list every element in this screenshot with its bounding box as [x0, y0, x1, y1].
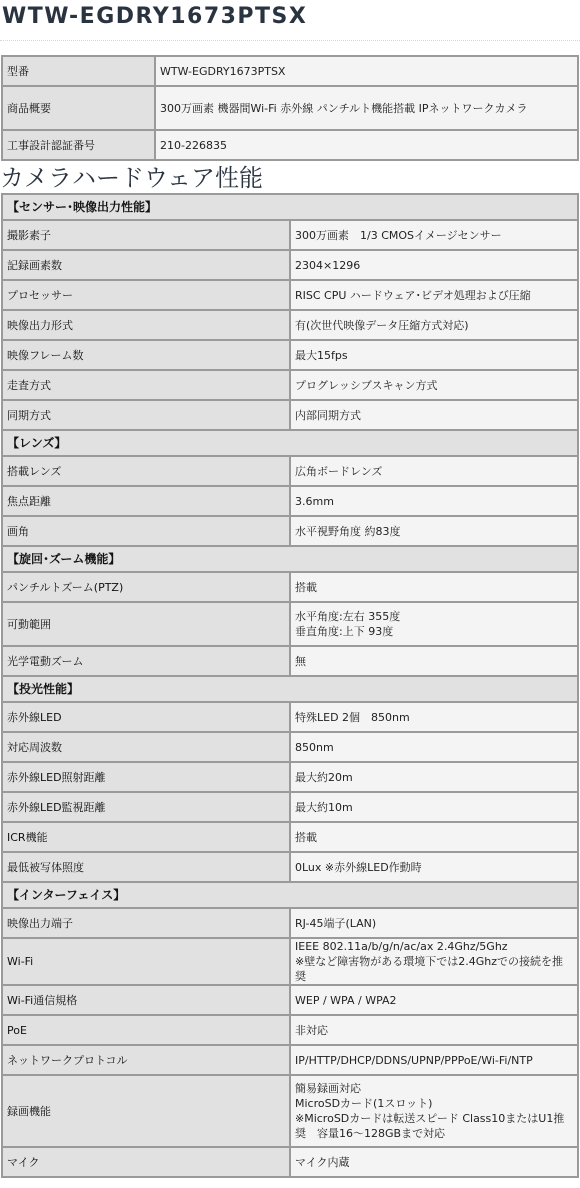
table-row: 焦点距離3.6mm [2, 486, 578, 516]
section-title: 【旋回･ズーム機能】 [2, 546, 578, 572]
row-label: 映像フレーム数 [2, 340, 290, 370]
table-row: Wi-Fi通信規格WEP / WPA / WPA2 [2, 985, 578, 1015]
table-row: 映像出力端子RJ-45端子(LAN) [2, 908, 578, 938]
row-value: プログレッシブスキャン方式 [290, 370, 578, 400]
row-value: 内部同期方式 [290, 400, 578, 430]
section-title: 【レンズ】 [2, 430, 578, 456]
row-value: 搭載 [290, 822, 578, 852]
basic-info-table: 型番 WTW-EGDRY1673PTSX 商品概要 300万画素 機器間Wi-F… [1, 55, 579, 161]
table-row: Wi-FiIEEE 802.11a/b/g/n/ac/ax 2.4Ghz/5Gh… [2, 938, 578, 985]
row-value: 特殊LED 2個 850nm [290, 702, 578, 732]
table-row: 同期方式内部同期方式 [2, 400, 578, 430]
row-value: 無 [290, 646, 578, 676]
row-value: 最大15fps [290, 340, 578, 370]
value-line: MicroSDカード(1スロット) [295, 1096, 573, 1111]
row-value: 3.6mm [290, 486, 578, 516]
row-label: 工事設計認証番号 [2, 130, 155, 160]
row-value: IEEE 802.11a/b/g/n/ac/ax 2.4Ghz/5Ghz※壁など… [290, 938, 578, 985]
table-row: 画角水平視野角度 約83度 [2, 516, 578, 546]
row-value: WTW-EGDRY1673PTSX [155, 56, 578, 86]
table-row: 型番 WTW-EGDRY1673PTSX [2, 56, 578, 86]
row-value: RJ-45端子(LAN) [290, 908, 578, 938]
table-row: 搭載レンズ広角ボードレンズ [2, 456, 578, 486]
table-row: 可動範囲水平角度:左右 355度垂直角度:上下 93度 [2, 602, 578, 646]
table-row: ICR機能搭載 [2, 822, 578, 852]
row-label: 走査方式 [2, 370, 290, 400]
row-value: 最大約20m [290, 762, 578, 792]
value-line: 簡易録画対応 [295, 1081, 573, 1096]
row-value: 300万画素 機器間Wi-Fi 赤外線 パンチルト機能搭載 IPネットワークカメ… [155, 86, 578, 130]
table-row: 映像フレーム数最大15fps [2, 340, 578, 370]
row-label: 撮影素子 [2, 220, 290, 250]
table-row: パンチルトズーム(PTZ)搭載 [2, 572, 578, 602]
row-label: 赤外線LED [2, 702, 290, 732]
section-header-lens: 【レンズ】 [2, 430, 578, 456]
row-value: RISC CPU ハードウェア･ビデオ処理および圧縮 [290, 280, 578, 310]
table-row: 商品概要 300万画素 機器間Wi-Fi 赤外線 パンチルト機能搭載 IPネット… [2, 86, 578, 130]
row-label: 録画機能 [2, 1075, 290, 1147]
row-value: 2304×1296 [290, 250, 578, 280]
row-value: 簡易録画対応MicroSDカード(1スロット)※MicroSDカードは転送スピー… [290, 1075, 578, 1147]
row-label: 赤外線LED監視距離 [2, 792, 290, 822]
page-title: WTW-EGDRY1673PTSX [0, 0, 580, 34]
row-label: 対応周波数 [2, 732, 290, 762]
section-title: 【センサー･映像出力性能】 [2, 194, 578, 220]
row-label: マイク [2, 1147, 290, 1177]
row-value: IP/HTTP/DHCP/DDNS/UPNP/PPPoE/Wi-Fi/NTP [290, 1045, 578, 1075]
value-line: IEEE 802.11a/b/g/n/ac/ax 2.4Ghz/5Ghz [295, 939, 573, 954]
table-row: ネットワークプロトコルIP/HTTP/DHCP/DDNS/UPNP/PPPoE/… [2, 1045, 578, 1075]
section-header-ptz: 【旋回･ズーム機能】 [2, 546, 578, 572]
row-label: 商品概要 [2, 86, 155, 130]
row-value: 有(次世代映像データ圧縮方式対応) [290, 310, 578, 340]
row-label: 映像出力端子 [2, 908, 290, 938]
section-title: 【投光性能】 [2, 676, 578, 702]
table-row: 最低被写体照度0Lux ※赤外線LED作動時 [2, 852, 578, 882]
table-row: 映像出力形式有(次世代映像データ圧縮方式対応) [2, 310, 578, 340]
row-label: Wi-Fi [2, 938, 290, 985]
row-value: 広角ボードレンズ [290, 456, 578, 486]
hardware-heading: カメラハードウェア性能 [0, 163, 580, 193]
row-value: 0Lux ※赤外線LED作動時 [290, 852, 578, 882]
row-value: WEP / WPA / WPA2 [290, 985, 578, 1015]
value-line: ※壁など障害物がある環境下では2.4Ghzでの接続を推奨 [295, 954, 573, 984]
row-label: 焦点距離 [2, 486, 290, 516]
value-line: 垂直角度:上下 93度 [295, 624, 573, 639]
row-label: 搭載レンズ [2, 456, 290, 486]
row-label: 可動範囲 [2, 602, 290, 646]
row-value: 水平視野角度 約83度 [290, 516, 578, 546]
row-label: プロセッサー [2, 280, 290, 310]
row-value: 210-226835 [155, 130, 578, 160]
row-value: 最大約10m [290, 792, 578, 822]
table-row: 工事設計認証番号 210-226835 [2, 130, 578, 160]
table-row: 撮影素子300万画素 1/3 CMOSイメージセンサー [2, 220, 578, 250]
table-row: 赤外線LED照射距離最大約20m [2, 762, 578, 792]
row-value: 非対応 [290, 1015, 578, 1045]
table-row: 録画機能簡易録画対応MicroSDカード(1スロット)※MicroSDカードは転… [2, 1075, 578, 1147]
row-value: 300万画素 1/3 CMOSイメージセンサー [290, 220, 578, 250]
row-label: 型番 [2, 56, 155, 86]
table-row: 赤外線LED監視距離最大約10m [2, 792, 578, 822]
table-row: プロセッサーRISC CPU ハードウェア･ビデオ処理および圧縮 [2, 280, 578, 310]
row-label: ICR機能 [2, 822, 290, 852]
row-label: 映像出力形式 [2, 310, 290, 340]
row-label: パンチルトズーム(PTZ) [2, 572, 290, 602]
table-row: 光学電動ズーム無 [2, 646, 578, 676]
table-row: 赤外線LED特殊LED 2個 850nm [2, 702, 578, 732]
row-label: Wi-Fi通信規格 [2, 985, 290, 1015]
row-value: マイク内蔵 [290, 1147, 578, 1177]
row-value: 搭載 [290, 572, 578, 602]
row-value: 850nm [290, 732, 578, 762]
table-row: マイクマイク内蔵 [2, 1147, 578, 1177]
row-label: PoE [2, 1015, 290, 1045]
row-label: 同期方式 [2, 400, 290, 430]
row-label: 記録画素数 [2, 250, 290, 280]
row-label: 最低被写体照度 [2, 852, 290, 882]
section-header-interface: 【インターフェイス】 [2, 882, 578, 908]
row-label: ネットワークプロトコル [2, 1045, 290, 1075]
value-line: 水平角度:左右 355度 [295, 609, 573, 624]
section-title: 【インターフェイス】 [2, 882, 578, 908]
row-value: 水平角度:左右 355度垂直角度:上下 93度 [290, 602, 578, 646]
value-line: ※MicroSDカードは転送スピード Class10またはU1推奨 容量16～1… [295, 1111, 573, 1141]
row-label: 赤外線LED照射距離 [2, 762, 290, 792]
table-row: 走査方式プログレッシブスキャン方式 [2, 370, 578, 400]
row-label: 光学電動ズーム [2, 646, 290, 676]
table-row: PoE非対応 [2, 1015, 578, 1045]
table-row: 記録画素数2304×1296 [2, 250, 578, 280]
hardware-spec-table: 【センサー･映像出力性能】 撮影素子300万画素 1/3 CMOSイメージセンサ… [1, 193, 579, 1178]
section-header-ir: 【投光性能】 [2, 676, 578, 702]
table-row: 対応周波数850nm [2, 732, 578, 762]
section-header-sensor: 【センサー･映像出力性能】 [2, 194, 578, 220]
divider [0, 40, 580, 41]
row-label: 画角 [2, 516, 290, 546]
